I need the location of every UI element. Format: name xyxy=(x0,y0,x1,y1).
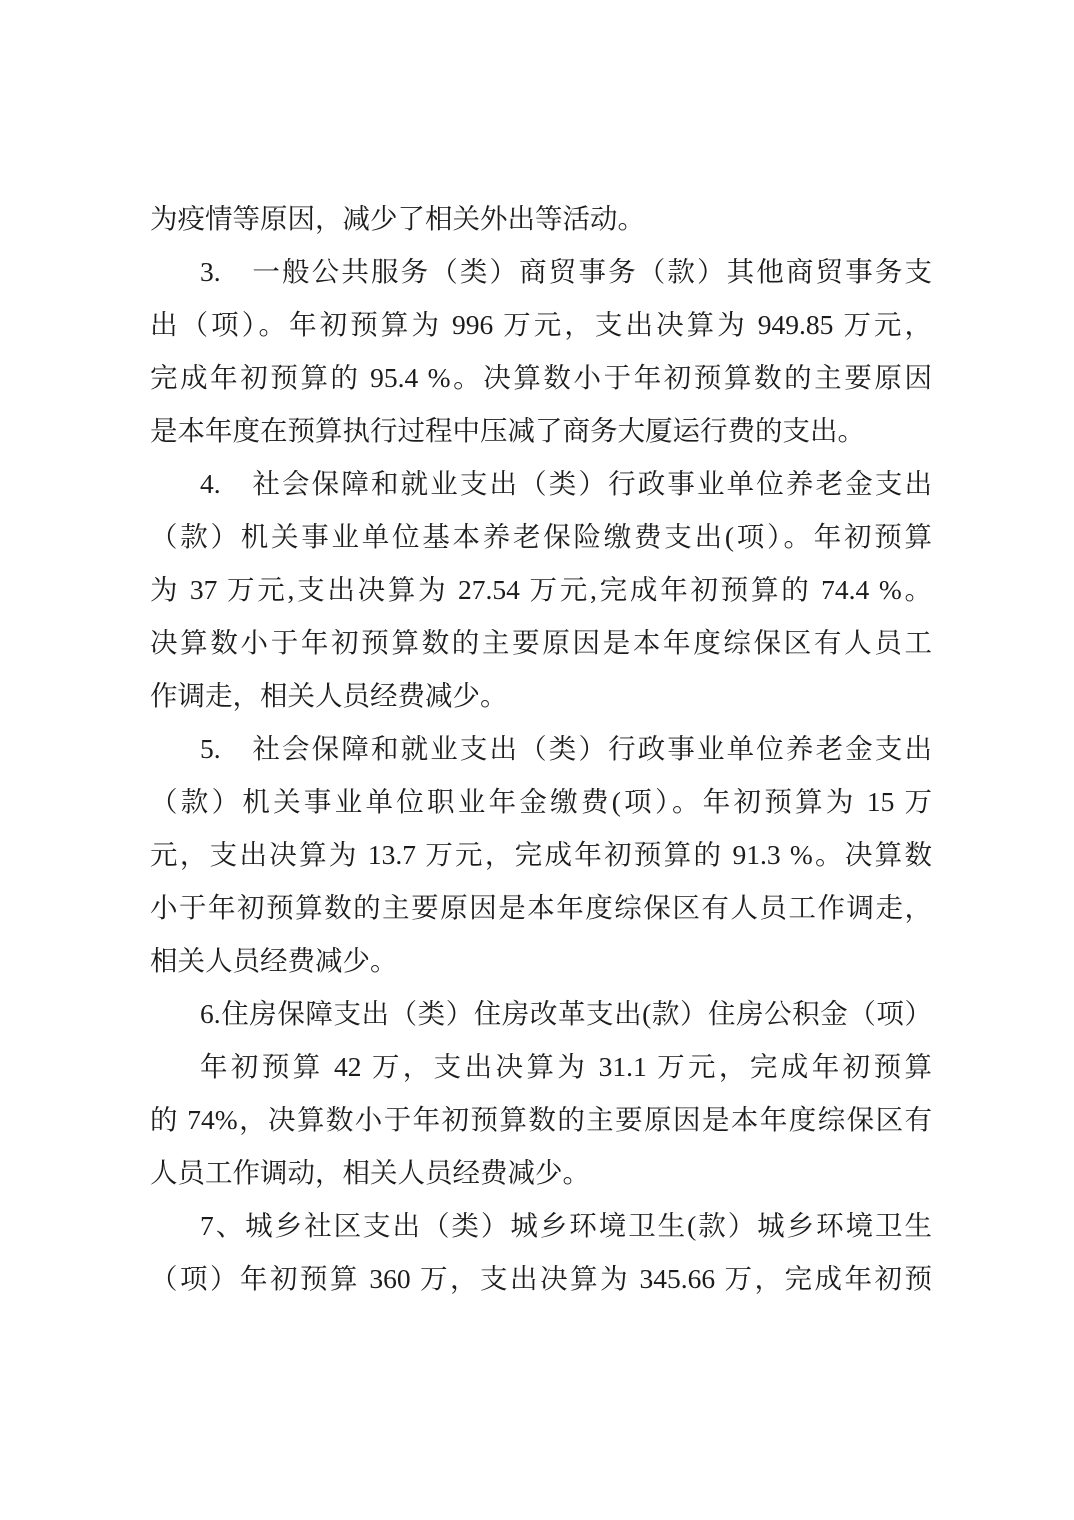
text-line: 小于年初预算数的主要原因是本年度综保区有人员工作调走， xyxy=(150,881,932,934)
text-line: 的 74%，决算数小于年初预算数的主要原因是本年度综保区有 xyxy=(150,1093,932,1146)
text-line: 出（项）。年初预算为 996 万元，支出决算为 949.85 万元， xyxy=(150,298,932,351)
text-line: （款）机关事业单位基本养老保险缴费支出(项）。年初预算 xyxy=(150,510,932,563)
text-line: 相关人员经费减少。 xyxy=(150,934,932,987)
text-line: 作调走，相关人员经费减少。 xyxy=(150,669,932,722)
paragraph-item-3: 3. 一般公共服务（类）商贸事务（款）其他商贸事务支出（项）。年初预算为 996… xyxy=(150,245,932,457)
text-line: 4. 社会保障和就业支出（类）行政事业单位养老金支出 xyxy=(150,457,932,510)
document-page: 为疫情等原因，减少了相关外出等活动。3. 一般公共服务（类）商贸事务（款）其他商… xyxy=(0,0,1074,1520)
document-body: 为疫情等原因，减少了相关外出等活动。3. 一般公共服务（类）商贸事务（款）其他商… xyxy=(150,192,932,1305)
paragraph-item-7: 7、城乡社区支出（类）城乡环境卫生(款）城乡环境卫生（项）年初预算 360 万，… xyxy=(150,1199,932,1305)
text-line: 为 37 万元,支出决算为 27.54 万元,完成年初预算的 74.4 %。 xyxy=(150,563,932,616)
paragraph-item-4: 4. 社会保障和就业支出（类）行政事业单位养老金支出（款）机关事业单位基本养老保… xyxy=(150,457,932,722)
text-line: 年初预算 42 万，支出决算为 31.1 万元，完成年初预算 xyxy=(150,1040,932,1093)
text-line: 6.住房保障支出（类）住房改革支出(款）住房公积金（项） xyxy=(150,987,932,1040)
text-line: 决算数小于年初预算数的主要原因是本年度综保区有人员工 xyxy=(150,616,932,669)
text-line: 元，支出决算为 13.7 万元，完成年初预算的 91.3 %。决算数 xyxy=(150,828,932,881)
text-line: （款）机关事业单位职业年金缴费(项）。年初预算为 15 万 xyxy=(150,775,932,828)
text-line: 7、城乡社区支出（类）城乡环境卫生(款）城乡环境卫生 xyxy=(150,1199,932,1252)
text-line: 完成年初预算的 95.4 %。决算数小于年初预算数的主要原因 xyxy=(150,351,932,404)
text-line: （项）年初预算 360 万，支出决算为 345.66 万，完成年初预 xyxy=(150,1252,932,1305)
paragraph-item-6: 6.住房保障支出（类）住房改革支出(款）住房公积金（项）年初预算 42 万，支出… xyxy=(150,987,932,1199)
text-line: 5. 社会保障和就业支出（类）行政事业单位养老金支出 xyxy=(150,722,932,775)
text-line: 是本年度在预算执行过程中压减了商务大厦运行费的支出。 xyxy=(150,404,932,457)
paragraph-continuation: 为疫情等原因，减少了相关外出等活动。 xyxy=(150,192,932,245)
paragraph-item-5: 5. 社会保障和就业支出（类）行政事业单位养老金支出（款）机关事业单位职业年金缴… xyxy=(150,722,932,987)
text-line: 为疫情等原因，减少了相关外出等活动。 xyxy=(150,192,932,245)
text-line: 人员工作调动，相关人员经费减少。 xyxy=(150,1146,932,1199)
text-line: 3. 一般公共服务（类）商贸事务（款）其他商贸事务支 xyxy=(150,245,932,298)
